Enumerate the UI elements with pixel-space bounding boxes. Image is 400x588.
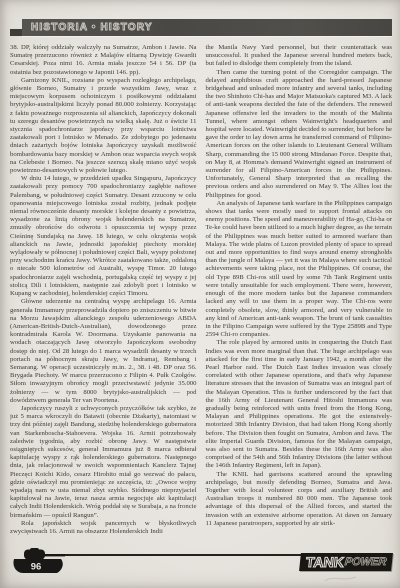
right-column-english-text: the Manila Navy Yard personnel, but thei… — [206, 44, 393, 536]
tank-icon: 96 — [11, 548, 65, 575]
paragraph: 38. DP, której oddziały walczyły na Suma… — [10, 44, 197, 77]
section-header-bar: HISTORIA • HISTORY — [22, 19, 392, 36]
paragraph: An analysis of Japanese tank warfare in … — [206, 200, 393, 339]
section-header-title: HISTORIA • HISTORY — [31, 22, 153, 33]
scan-mark — [324, 574, 358, 584]
paragraph: the Manila Navy Yard personnel, but thei… — [206, 44, 393, 69]
logo-power-text: POWER — [344, 556, 387, 568]
magazine-page: HISTORIA • HISTORY 38. DP, której oddzia… — [0, 0, 400, 588]
paragraph: Garnizony KNIL, rozsiane po wyspach rozl… — [10, 77, 197, 175]
paragraph: Then came the turning point of the Corre… — [206, 69, 393, 200]
logo-tank-text: TANK — [305, 554, 345, 570]
left-column-polish-text: 38. DP, której oddziały walczyły na Suma… — [10, 44, 197, 536]
paragraph: Japończycy ruszyli z uchwyconych przyczó… — [10, 405, 197, 520]
paragraph: The role played by armored units in conq… — [206, 339, 393, 470]
page-number: 96 — [31, 562, 42, 573]
paragraph: W dniu 14 lutego, w przeddzień upadku Si… — [10, 175, 197, 298]
paragraph: Rola japońskich wojsk pancernych w błysk… — [10, 520, 197, 536]
two-column-text: 38. DP, której oddziały walczyły na Suma… — [10, 44, 392, 536]
tankpower-logo: TANKPOWER — [299, 553, 393, 571]
paragraph: The KNIL had garrisons scattered around … — [206, 471, 393, 528]
paragraph: Główne uderzenie na centralną wyspę arch… — [10, 298, 197, 405]
